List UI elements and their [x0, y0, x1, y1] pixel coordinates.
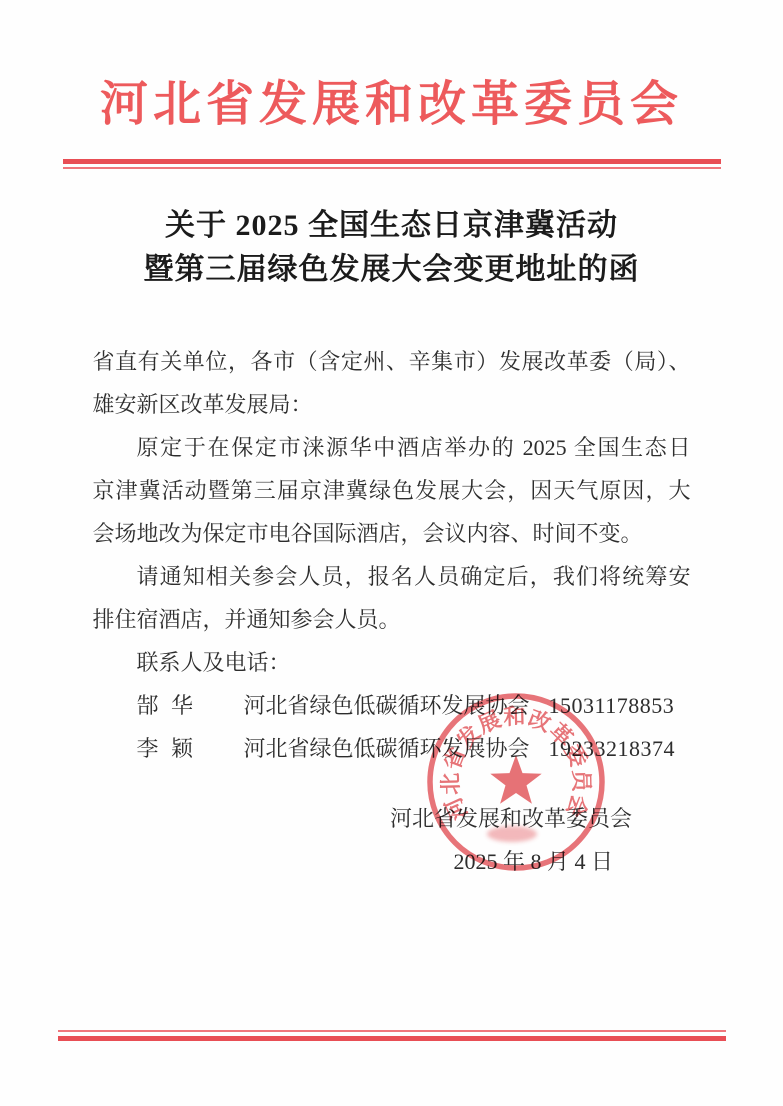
- body-line: 省直有关单位，各市（含定州、辛集市）发展改革委（局）、: [93, 340, 691, 383]
- rule-thick: [63, 159, 721, 164]
- signature-org-name: 河北省发展和改革委员会: [0, 805, 783, 832]
- body-line: 请通知相关参会人员，报名人员确定后，我们将统筹安: [93, 555, 691, 598]
- contact-phone: 15031178853: [549, 684, 675, 727]
- body-line: 会场地改为保定市电谷国际酒店，会议内容、时间不变。: [93, 512, 691, 555]
- contact-phone: 19233218374: [549, 727, 676, 770]
- contact-row: 郜 华 河北省绿色低碳循环发展协会 15031178853: [93, 684, 691, 727]
- contact-org: 河北省绿色低碳循环发展协会: [244, 727, 530, 770]
- body-line: 联系人及电话：: [93, 641, 691, 684]
- letterhead-org-name: 河北省发展和改革委员会: [0, 0, 783, 134]
- letterhead-double-rule: [63, 159, 721, 169]
- document-page: 河北省发展和改革委员会 关于 2025 全国生态日京津冀活动 暨第三届绿色发展大…: [0, 0, 783, 1106]
- contact-name: 李 颖: [137, 727, 197, 770]
- contact-row: 李 颖 河北省绿色低碳循环发展协会 19233218374: [93, 727, 691, 770]
- rule-thin: [58, 1030, 726, 1032]
- rule-thick: [58, 1036, 726, 1041]
- rule-thin: [63, 167, 721, 169]
- body-line: 京津冀活动暨第三届京津冀绿色发展大会，因天气原因，大: [93, 469, 691, 512]
- body-line: 原定于在保定市涞源华中酒店举办的 2025 全国生态日: [93, 426, 691, 469]
- signature-date: 2025 年 8 月 4 日: [0, 848, 783, 875]
- body-line: 排住宿酒店，并通知参会人员。: [93, 598, 691, 641]
- document-title-line2: 暨第三届绿色发展大会变更地址的函: [0, 248, 783, 292]
- footer-double-rule: [58, 1030, 726, 1041]
- contact-org: 河北省绿色低碳循环发展协会: [244, 684, 530, 727]
- document-title: 关于 2025 全国生态日京津冀活动 暨第三届绿色发展大会变更地址的函: [0, 204, 783, 292]
- body-line: 雄安新区改革发展局：: [93, 383, 691, 426]
- contact-name: 郜 华: [137, 684, 197, 727]
- document-title-line1: 关于 2025 全国生态日京津冀活动: [0, 204, 783, 248]
- letter-body: 省直有关单位，各市（含定州、辛集市）发展改革委（局）、 雄安新区改革发展局： 原…: [93, 340, 691, 770]
